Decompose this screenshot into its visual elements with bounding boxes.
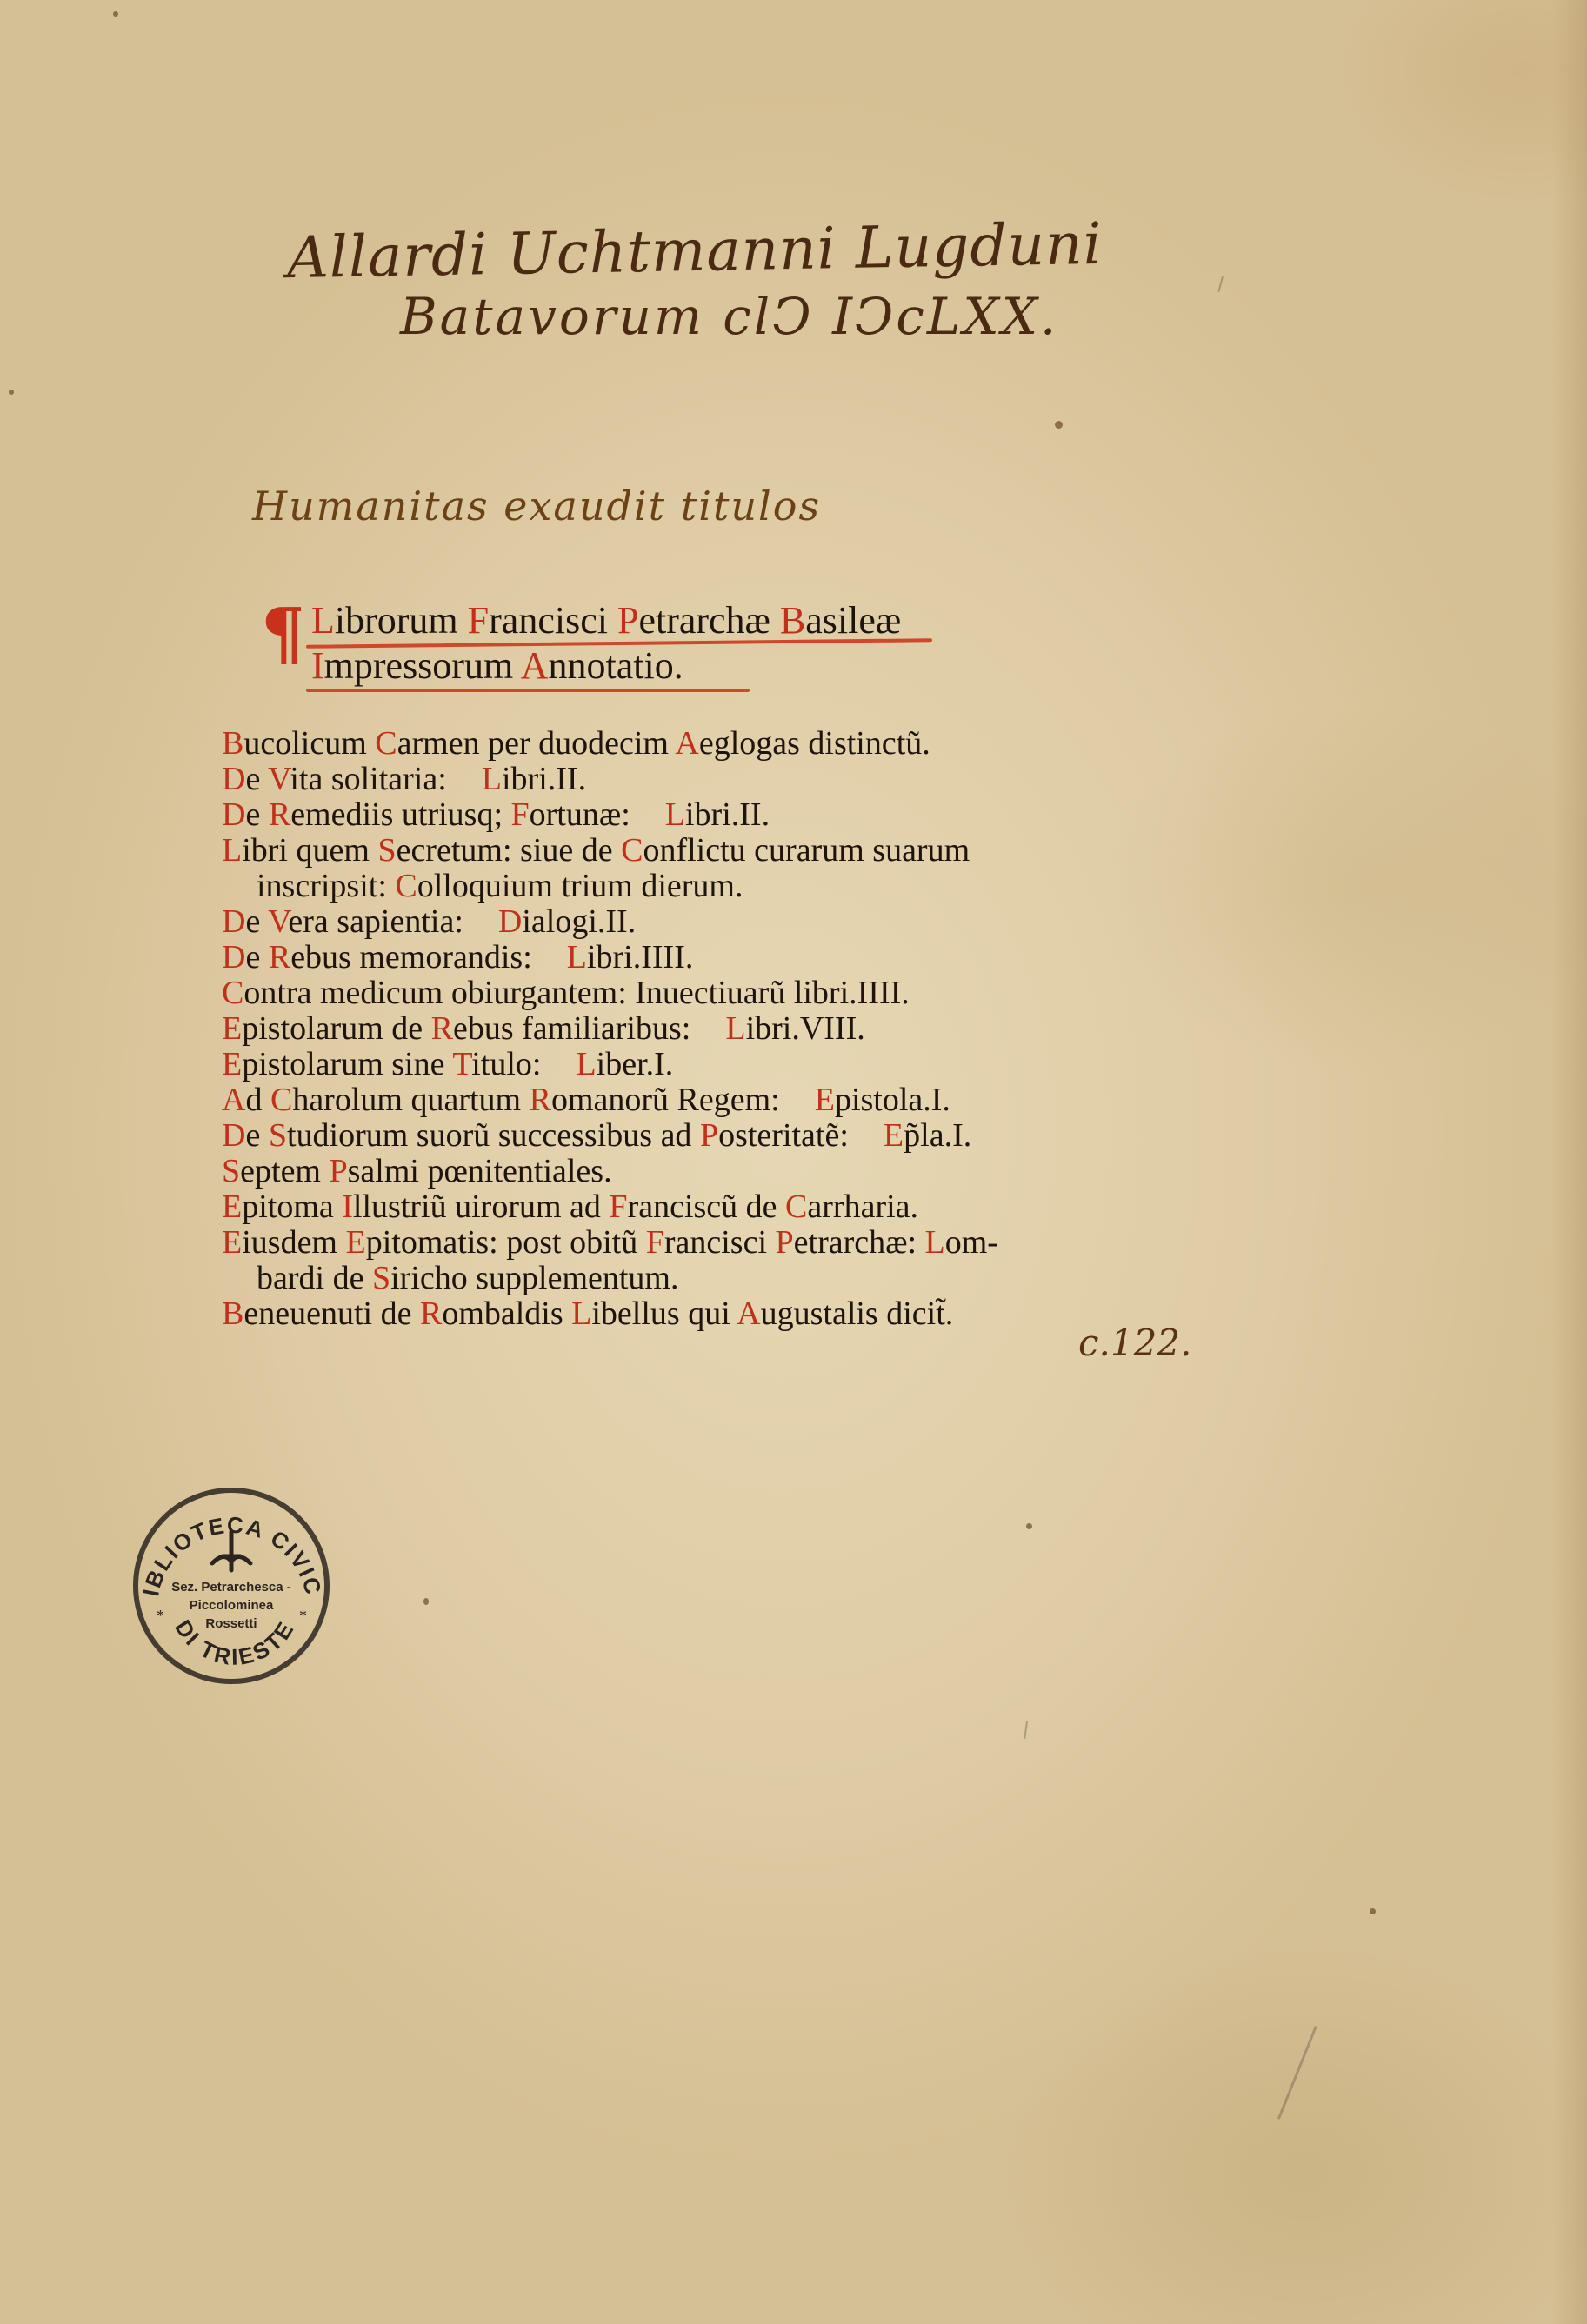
rubric-initial: S (377, 832, 396, 869)
entry-text: De Studiorum suorũ successibus ad Poster… (222, 1117, 849, 1154)
list-item: Contra medicum obiurgantem: Inuectiuarũ … (222, 976, 998, 1011)
entry-text: Epistolarum de Rebus familiaribus: (222, 1010, 690, 1047)
title-text: ibrorum (335, 599, 468, 642)
rubric-initial: T (452, 1046, 471, 1082)
rubric-initial: D (222, 939, 245, 976)
entry-text: De Rebus memorandis: (222, 939, 532, 976)
list-item: Ad Charolum quartum Romanorũ Regem:Epist… (222, 1082, 998, 1118)
ink-speck (1026, 1523, 1032, 1529)
entry-text: De Vera sapientia: (222, 903, 463, 940)
ink-speck (1370, 1908, 1376, 1914)
rubric-initial: E (222, 1224, 242, 1261)
book-page: Allardi Uchtmanni Lugduni Batavorum clↃ … (0, 0, 1587, 2324)
entry-count: Libri.IIII. (567, 939, 694, 976)
rubric-initial: R (269, 796, 290, 833)
entry-text: Ad Charolum quartum Romanorũ Regem: (222, 1082, 780, 1118)
rubric-initial: A (675, 725, 698, 762)
rubric-initial: D (222, 903, 245, 940)
rubric-initial: R (530, 1082, 551, 1118)
stamp-inner-line2: Piccolominea (190, 1598, 274, 1613)
rubric-initial: C (222, 975, 243, 1011)
page-edge-shadow (1552, 0, 1587, 2324)
list-item: Beneuenuti de Rombaldis Libellus qui Aug… (222, 1296, 998, 1332)
rubric-initial: E (222, 1046, 242, 1082)
rubric-initial: F (609, 1189, 627, 1225)
list-item-continuation: inscripsit: Colloquium trium dierum. (222, 869, 998, 904)
library-stamp: BIBLIOTECA CIVICA DI TRIESTE Sez. Petrar… (129, 1483, 334, 1688)
rubric-initial: A (222, 1082, 245, 1118)
entry-count: Libri.II. (665, 796, 770, 833)
rubric-initial: V (268, 761, 290, 797)
rubric-initial: R (431, 1010, 453, 1047)
rubric-initial: P (776, 1224, 794, 1261)
rubric-initial: I (311, 644, 324, 687)
rubric-initial: L (665, 796, 685, 833)
entry-text: Libri quem Secretum: siue de Conflictu c… (222, 832, 970, 869)
entry-text: Contra medicum obiurgantem: Inuectiuarũ … (222, 975, 910, 1011)
entry-count: Libri.II. (482, 761, 586, 797)
title-text: etrarchæ (638, 599, 779, 642)
rubric-initial: D (222, 796, 245, 833)
ink-speck (113, 11, 118, 17)
rubric-initial: E (346, 1224, 366, 1261)
rubric-initial: L (482, 761, 502, 797)
title-line-2: Impressorum Annotatio. (261, 643, 901, 689)
entry-text: inscripsit: Colloquium trium dierum. (257, 868, 743, 904)
rubric-initial: L (311, 599, 335, 642)
list-item: De Vita solitaria:Libri.II. (222, 762, 998, 797)
rubric-initial: R (420, 1295, 442, 1332)
pencil-mark (1024, 1721, 1028, 1739)
entry-text: Bucolicum Carmen per duodecim Aeglogas d… (222, 725, 930, 762)
rubric-initial: A (737, 1295, 760, 1332)
rubric-initial: E (222, 1010, 242, 1047)
rubric-initial: C (270, 1082, 292, 1118)
entry-text: Septem Psalmi pœnitentiales. (222, 1153, 612, 1189)
rubric-initial: C (395, 868, 417, 904)
list-item: De Vera sapientia:Dialogi.II. (222, 904, 998, 940)
list-item: Septem Psalmi pœnitentiales. (222, 1154, 998, 1189)
rubric-initial: B (222, 725, 243, 762)
pencil-mark (1277, 2026, 1317, 2120)
rubric-underline (306, 689, 750, 692)
list-item: Epistolarum sine Titulo:Liber.I. (222, 1047, 998, 1082)
handwritten-note: Humanitas exaudit titulos (252, 483, 821, 529)
list-item: Libri quem Secretum: siue de Conflictu c… (222, 833, 998, 869)
rubric-initial: C (621, 832, 643, 869)
rubric-initial: F (468, 599, 489, 642)
folio-note: c.122. (1078, 1322, 1191, 1364)
entry-count: Libri.VIII. (725, 1010, 864, 1047)
rubric-initial: B (780, 599, 805, 642)
title-text: mpressorum (324, 644, 521, 687)
rubric-initial: S (269, 1117, 287, 1154)
star-icon: * (299, 1607, 307, 1624)
rubric-initial: C (785, 1189, 807, 1225)
rubric-initial: S (372, 1260, 390, 1296)
rubric-initial: V (268, 903, 288, 940)
rubric-initial: L (576, 1046, 596, 1082)
rubric-initial: B (222, 1295, 243, 1332)
entry-text: bardi de Siricho supplementum. (257, 1260, 679, 1296)
entry-text: De Remediis utriusq; Fortunæ: (222, 796, 630, 833)
ink-speck (423, 1598, 429, 1605)
list-item: Epitoma Illustriũ uirorum ad Franciscũ d… (222, 1189, 998, 1225)
title-text: asileæ (805, 599, 901, 642)
rubric-initial: E (222, 1189, 242, 1225)
entry-count: Dialogi.II. (498, 903, 636, 940)
list-item: Epistolarum de Rebus familiaribus:Libri.… (222, 1011, 998, 1047)
entry-count: Ep̃la.I. (884, 1117, 971, 1154)
rubric-initial: E (815, 1082, 835, 1118)
rubric-initial: C (375, 725, 397, 762)
rubric-initial: P (617, 599, 638, 642)
entry-text: Eiusdem Epitomatis: post obitũ Francisci… (222, 1224, 998, 1261)
contents-list: Bucolicum Carmen per duodecim Aeglogas d… (222, 726, 998, 1332)
entry-text: Epistolarum sine Titulo: (222, 1046, 541, 1082)
rubric-initial: D (498, 903, 522, 940)
title-text: nnotatio. (549, 644, 683, 687)
entry-text: De Vita solitaria: (222, 761, 447, 797)
list-item-continuation: bardi de Siricho supplementum. (222, 1261, 998, 1296)
rubric-initial: L (925, 1224, 945, 1261)
list-item: De Studiorum suorũ successibus ad Poster… (222, 1118, 998, 1154)
rubric-initial: F (646, 1224, 664, 1261)
entry-text: Beneuenuti de Rombaldis Libellus qui Aug… (222, 1295, 953, 1332)
stamp-inner-line3: Rossetti (205, 1616, 257, 1631)
stamp-inner-line1: Sez. Petrarchesca - (171, 1580, 291, 1595)
rubric-initial: L (725, 1010, 745, 1047)
rubric-initial: P (700, 1117, 718, 1154)
rubric-initial: P (330, 1153, 348, 1189)
list-item: De Remediis utriusq; Fortunæ:Libri.II. (222, 797, 998, 833)
ink-speck (1055, 421, 1063, 429)
rubric-initial: D (222, 761, 245, 797)
star-icon: * (157, 1607, 164, 1624)
rubric-initial: L (222, 832, 242, 869)
entry-count: Epistola.I. (815, 1082, 950, 1118)
ownership-inscription-line1: Allardi Uchtmanni Lugduni (286, 210, 1103, 291)
rubric-initial: A (521, 644, 549, 687)
list-item: De Rebus memorandis:Libri.IIII. (222, 940, 998, 976)
pencil-mark (1217, 276, 1224, 292)
rubric-initial: D (222, 1117, 245, 1154)
entry-count: Liber.I. (576, 1046, 673, 1082)
rubric-initial: I (342, 1189, 353, 1225)
rubric-initial: L (571, 1295, 591, 1332)
ownership-inscription-line2: Batavorum clↃ IↃcLXX. (400, 287, 1058, 346)
entry-text: Epitoma Illustriũ uirorum ad Franciscũ d… (222, 1189, 918, 1225)
list-item: Eiusdem Epitomatis: post obitũ Francisci… (222, 1225, 998, 1261)
list-item: Bucolicum Carmen per duodecim Aeglogas d… (222, 726, 998, 762)
title-text: rancisci (489, 599, 617, 642)
rubric-initial: R (269, 939, 290, 976)
rubric-initial: E (884, 1117, 904, 1154)
rubric-initial: L (567, 939, 587, 976)
ink-speck (9, 390, 14, 395)
title-line-1: Librorum Francisci Petrarchæ Basileæ (261, 598, 901, 643)
rubric-initial: S (222, 1153, 240, 1189)
rubric-initial: F (511, 796, 530, 833)
